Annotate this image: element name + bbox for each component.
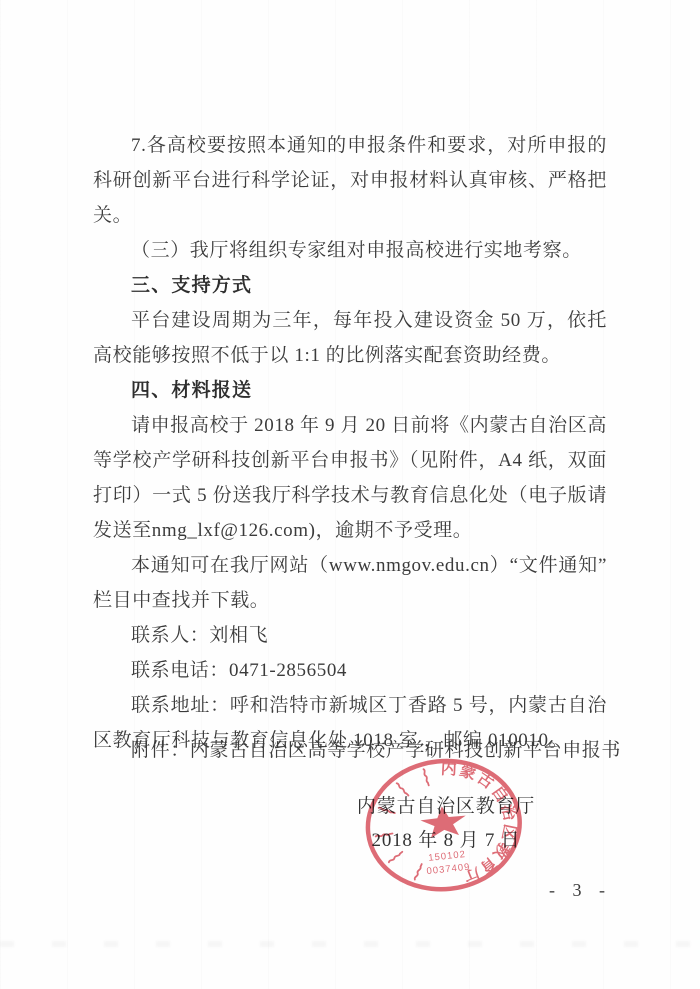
contact-person-line: 联系人：刘相飞 xyxy=(93,618,607,653)
star-icon xyxy=(419,804,468,839)
paragraph: 请申报高校于 2018 年 9 月 20 日前将《内蒙古自治区高等学校产学研科技… xyxy=(93,408,607,548)
page-number: - 3 - xyxy=(549,880,610,901)
paragraph: 7.各高校要按照本通知的申报条件和要求，对所申报的科研创新平台进行科学论证，对申… xyxy=(93,128,607,233)
official-seal: 内蒙古自治区教育厅 150102 0037409 xyxy=(351,742,540,911)
scanned-document-page: 7.各高校要按照本通知的申报条件和要求，对所申报的科研创新平台进行科学论证，对申… xyxy=(0,0,700,989)
paragraph: 本通知可在我厅网站（www.nmgov.edu.cn）“文件通知”栏目中查找并下… xyxy=(93,548,607,618)
contact-phone-line: 联系电话：0471-2856504 xyxy=(93,653,607,688)
section-heading-materials: 四、材料报送 xyxy=(93,373,607,408)
scan-artifact-smudge xyxy=(0,941,700,947)
section-heading-support: 三、支持方式 xyxy=(93,268,607,303)
notice-body: 7.各高校要按照本通知的申报条件和要求，对所申报的科研创新平台进行科学论证，对申… xyxy=(93,128,607,758)
paragraph: （三）我厅将组织专家组对申报高校进行实地考察。 xyxy=(93,233,607,268)
paragraph: 平台建设周期为三年，每年投入建设资金 50 万，依托高校能够按照不低于以 1:1… xyxy=(93,303,607,373)
